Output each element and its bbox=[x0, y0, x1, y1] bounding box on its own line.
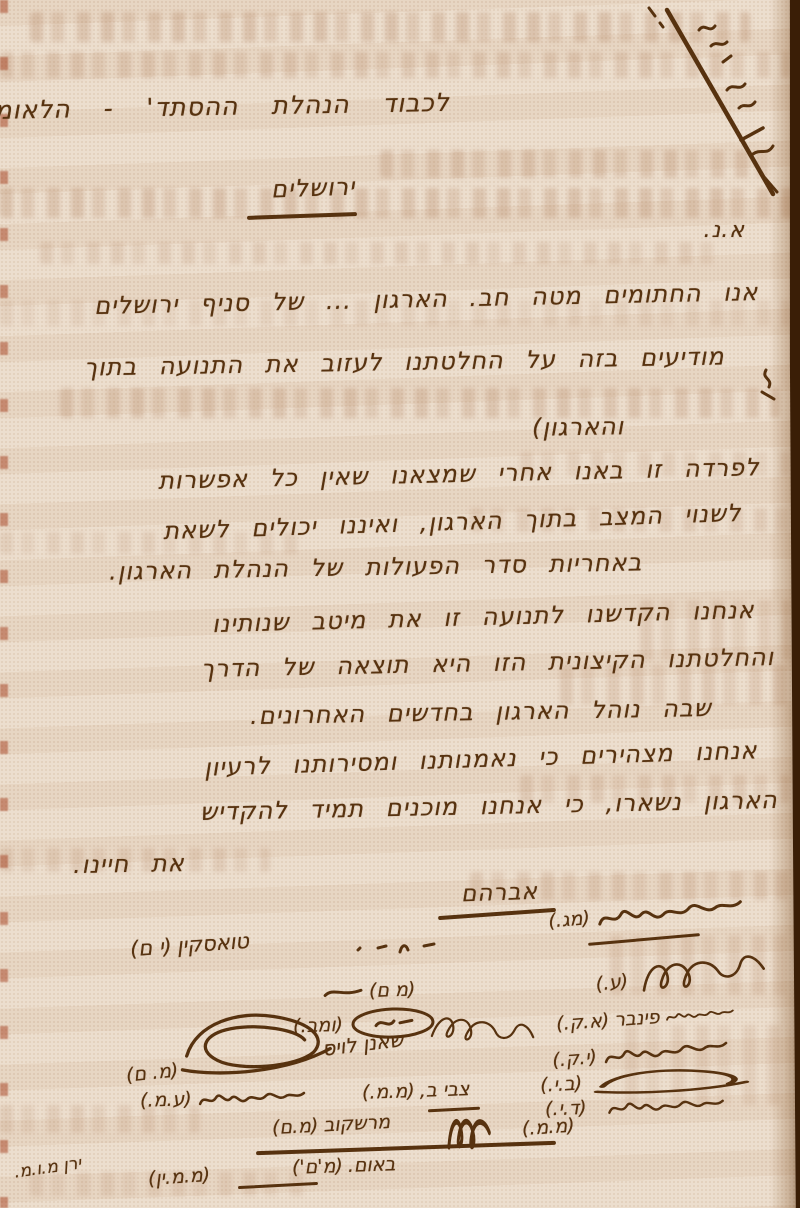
signature-initials: (מ ם) bbox=[369, 978, 416, 1002]
letter-line: הארגון נשארו, כי אנחנו מוכנים תמיד להקדי… bbox=[200, 786, 778, 826]
left-edge-print-fragments bbox=[0, 0, 8, 1208]
signature-loops-scribble bbox=[443, 1106, 518, 1159]
signature-initials: (ב.י.) bbox=[540, 1072, 583, 1096]
signature-name: באום. bbox=[347, 1153, 395, 1177]
signature-initials: (א.ק.) bbox=[555, 1010, 609, 1036]
signature-scribble bbox=[196, 1083, 307, 1111]
corner-annotation-scribble bbox=[615, 2, 795, 202]
signature-initials: (מ. ם) bbox=[125, 1059, 179, 1086]
signature-row: (מ.מ.) bbox=[443, 1102, 576, 1159]
letter-city: ירושלים bbox=[270, 173, 355, 204]
signature-initials: (מ.מ.) bbox=[521, 1115, 575, 1141]
margin-mark-scribble bbox=[756, 366, 782, 402]
signature-name: צבי ב, bbox=[419, 1078, 469, 1102]
signature-initials: (מ.מ.) bbox=[362, 1080, 415, 1104]
signature-name: פינבר bbox=[613, 1006, 660, 1031]
signature-row: (י ם) טואסקין bbox=[129, 929, 249, 961]
signature-header: אברהם bbox=[461, 879, 539, 908]
signature-header-underline bbox=[438, 908, 556, 920]
signature-initials: (ע.מ.) bbox=[140, 1088, 192, 1112]
showthrough-band bbox=[40, 242, 720, 264]
signature-name: מרשקוב bbox=[323, 1111, 391, 1136]
letter-line: מודיעים בזה על החלטתנו לעזוב את התנועה ב… bbox=[84, 342, 725, 381]
signature-initials: (מ.ם) bbox=[272, 1115, 319, 1139]
showthrough-band bbox=[60, 388, 780, 418]
signature-initials: (ע.) bbox=[594, 970, 629, 996]
signature-initials: (מ'ם') bbox=[292, 1155, 344, 1179]
letter-salutation: א.נ. bbox=[703, 218, 745, 243]
letter-heading: לכבוד הנהלת ההסתד' - הלאומי, bbox=[0, 88, 450, 125]
signature-initials: (י ם) bbox=[129, 934, 172, 961]
signature-row: (מ'ם') באום. bbox=[292, 1153, 396, 1179]
signature-initials: (מ.מ.ין) bbox=[147, 1164, 211, 1190]
signature-flourish-scribble bbox=[166, 986, 344, 1088]
signature-marks-scribble bbox=[352, 936, 442, 958]
signature-row: (מ.ם) מרשקוב bbox=[272, 1111, 391, 1139]
signature-row: (מ.מ.) צבי ב, bbox=[362, 1078, 470, 1104]
signature-row: (מ. ם) bbox=[125, 1059, 179, 1086]
signature-row: (מ.מ.ין) bbox=[147, 1164, 211, 1190]
signature-scribble bbox=[591, 1091, 740, 1120]
letter-line: והארגון) bbox=[532, 412, 625, 442]
signature-loops-scribble bbox=[426, 996, 540, 1064]
scanned-letter-page: לכבוד הנהלת ההסתד' - הלאומי, ירושלים א.נ… bbox=[0, 0, 800, 1208]
letter-line: שבה נוהל הארגון בחדשים האחרונים. bbox=[250, 694, 712, 730]
signature-row: (ע.מ.) bbox=[140, 1083, 307, 1113]
signature-scribble bbox=[664, 1000, 736, 1029]
signature-name: טואסקין bbox=[176, 929, 250, 958]
signature-initials: (י.ק.) bbox=[551, 1046, 597, 1072]
letter-line: לשנוי המצב בתוך הארגון, ואיננו יכולים לש… bbox=[163, 499, 742, 545]
letter-line: לפרדה זו באנו אחרי שמצאנו שאין כל אפשרות bbox=[158, 453, 760, 495]
signature-initials: (מג.) bbox=[547, 907, 590, 933]
letter-line: את חיינו. bbox=[73, 849, 185, 879]
